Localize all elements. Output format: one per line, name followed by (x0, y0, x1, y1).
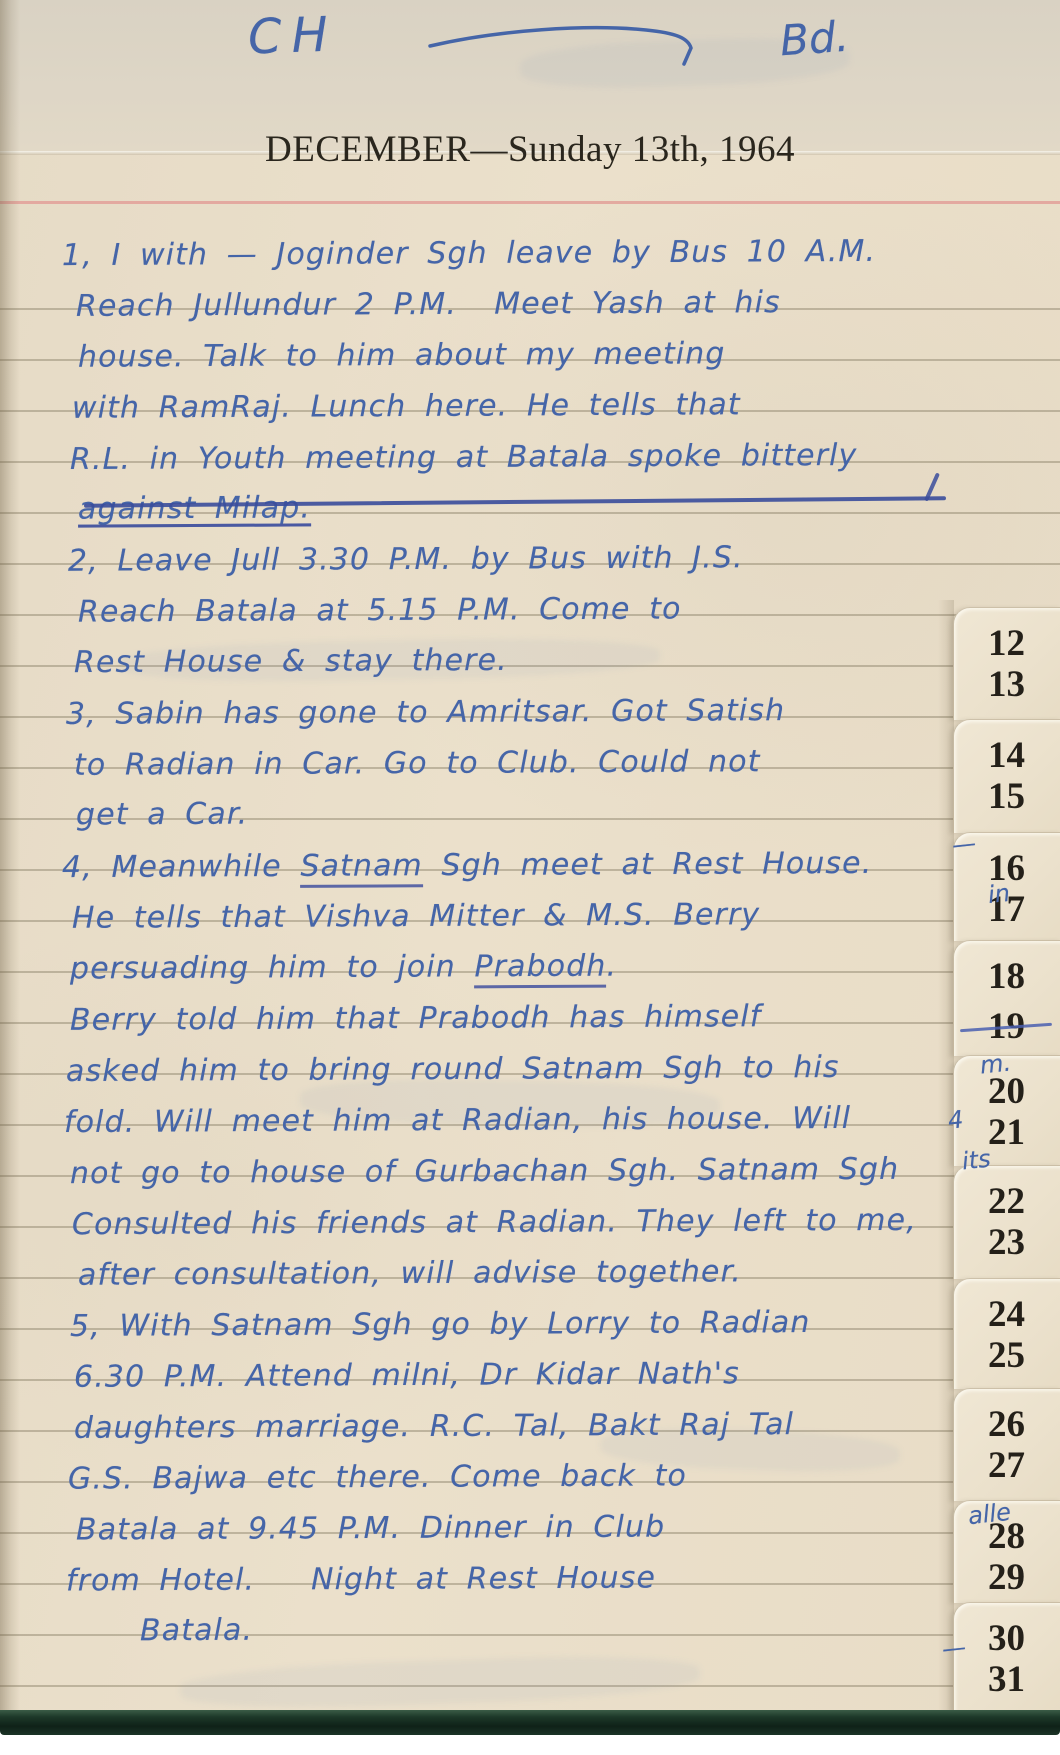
diary-line-18: fold. Will meet him at Radian, his house… (64, 1101, 851, 1140)
tab-date-27: 27 (988, 1446, 1058, 1486)
diary-line-16: Berry told him that Prabodh has himself (70, 999, 762, 1038)
tab-date-18: 18 (988, 957, 1058, 997)
note-its: its (961, 1145, 992, 1176)
diary-line-13: 4, Meanwhile Satnam Sgh meet at Rest Hou… (62, 846, 873, 885)
date-tab-26-27: 2627 (953, 1388, 1060, 1501)
page-title: DECEMBER—Sunday 13th, 1964 (0, 128, 1060, 171)
tab-date-26: 26 (988, 1405, 1058, 1445)
diary-line-8: Reach Batala at 5.15 P.M. Come to (78, 591, 682, 629)
diary-line-14: He tells that Vishva Mitter & M.S. Berry (72, 897, 760, 936)
tab-date-24: 24 (988, 1295, 1058, 1335)
diary-line-1: 1, I with — Joginder Sgh leave by Bus 10… (62, 234, 876, 273)
date-tab-12-13: 1213 (953, 607, 1060, 720)
diary-line-7: 2, Leave Jull 3.30 P.M. by Bus with J.S. (68, 540, 744, 579)
date-tab-30-31: 3031 (953, 1602, 1060, 1711)
note-dash2: — (941, 1633, 968, 1663)
date-tab-24-25: 2425 (953, 1278, 1060, 1389)
diary-line-3: house. Talk to him about my meeting (78, 336, 726, 374)
underlined-word: Prabodh (474, 949, 606, 989)
diary-line-24: daughters marriage. R.C. Tal, Bakt Raj T… (74, 1407, 794, 1446)
handwritten-initials-left: CH (247, 6, 339, 65)
tab-date-29: 29 (988, 1558, 1058, 1598)
diary-line-10: 3, Sabin has gone to Amritsar. Got Satis… (66, 693, 785, 732)
tab-date-20: 20 (988, 1072, 1058, 1112)
diary-line-25: G.S. Bajwa etc there. Come back to (68, 1458, 687, 1496)
diary-line-2: Reach Jullundur 2 P.M. Meet Yash at his (76, 285, 781, 324)
diary-line-27: from Hotel. Night at Rest House (66, 1560, 656, 1598)
note-dash1: — (951, 829, 978, 859)
tab-date-13: 13 (988, 665, 1058, 705)
tab-date-30: 30 (988, 1619, 1058, 1659)
note-in: in (987, 879, 1012, 909)
diary-line-22: 5, With Satnam Sgh go by Lorry to Radian (70, 1305, 811, 1344)
tab-date-12: 12 (988, 624, 1058, 664)
tab-date-25: 25 (988, 1336, 1058, 1376)
tab-date-22: 22 (988, 1182, 1058, 1222)
diary-line-26: Batala at 9.45 P.M. Dinner in Club (76, 1509, 665, 1547)
note-4: 4 (947, 1105, 965, 1134)
tab-date-15: 15 (988, 777, 1058, 817)
tab-date-19: 19 (988, 1007, 1058, 1047)
tab-date-21: 21 (988, 1113, 1058, 1153)
diary-line-12: get a Car. (76, 797, 248, 833)
red-margin-rule (0, 201, 1060, 204)
diary-line-6: against Milap. (78, 490, 311, 526)
diary-line-21: after consultation, will advise together… (78, 1254, 742, 1292)
tab-column-shadow (938, 600, 954, 1710)
diary-line-28: Batala. (140, 1613, 253, 1649)
note-alle: alle (967, 1498, 1013, 1530)
binding-shadow (0, 0, 20, 1712)
tab-date-23: 23 (988, 1223, 1058, 1263)
diary-page-scan: CH Bd. DECEMBER—Sunday 13th, 1964 1, I w… (0, 0, 1060, 1755)
underlined-word: Satnam (300, 848, 423, 888)
date-tab-18-19: 1819 (953, 940, 1060, 1056)
diary-line-19: not go to house of Gurbachan Sgh. Satnam… (70, 1152, 899, 1191)
diary-line-23: 6.30 P.M. Attend milni, Dr Kidar Nath's (74, 1356, 740, 1394)
tab-date-14: 14 (988, 736, 1058, 776)
handwritten-initials-right: Bd. (778, 12, 850, 66)
date-tab-14-15: 1415 (953, 719, 1060, 833)
diary-line-5: R.L. in Youth meeting at Batala spoke bi… (70, 438, 858, 477)
diary-line-17: asked him to bring round Satnam Sgh to h… (66, 1050, 840, 1089)
pen-flourish-stroke (428, 16, 708, 80)
diary-line-15: persuading him to join Prabodh. (70, 949, 617, 987)
tab-date-31: 31 (988, 1660, 1058, 1700)
diary-line-20: Consulted his friends at Radian. They le… (72, 1203, 917, 1242)
date-tab-22-23: 2223 (953, 1165, 1060, 1279)
diary-line-11: to Radian in Car. Go to Club. Could not (74, 744, 761, 783)
diary-line-9: Rest House & stay there. (74, 643, 508, 680)
note-m: m. (979, 1048, 1013, 1079)
book-cover-edge (0, 1710, 1060, 1735)
diary-line-4: with RamRaj. Lunch here. He tells that (72, 387, 741, 426)
